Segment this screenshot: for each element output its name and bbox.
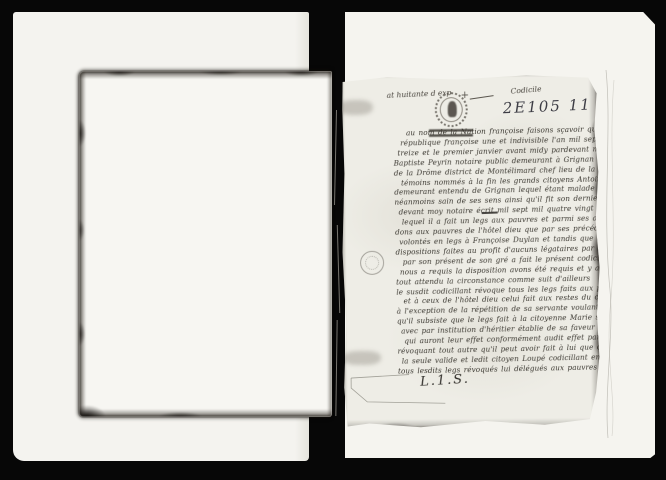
signature-mark: L.1.S. [420, 372, 471, 390]
doc-type-note: Codicile [510, 84, 542, 95]
embossed-fiscal-stamp-icon [435, 92, 468, 127]
binding-thread [335, 320, 337, 416]
scorched-edges [79, 71, 332, 417]
left-blank-page [79, 71, 332, 417]
stamp-crest [448, 101, 457, 117]
manuscript-page: at huitante d exp + Codicile 2E105 11 au… [340, 72, 601, 430]
round-archive-stamp-icon [360, 251, 384, 275]
archive-cote-label: 2E105 11 [502, 95, 592, 117]
gutter-smudge [339, 100, 373, 115]
gutter-smudge [343, 351, 381, 365]
manuscript-text-block: au nom de la Nation françoise faisons sç… [393, 124, 605, 376]
scanned-register-spread: at huitante d exp + Codicile 2E105 11 au… [0, 0, 666, 480]
binding-fibers [598, 70, 644, 440]
binding-thread [337, 225, 340, 313]
flourish-line [470, 95, 494, 100]
binding-thread [334, 110, 337, 205]
